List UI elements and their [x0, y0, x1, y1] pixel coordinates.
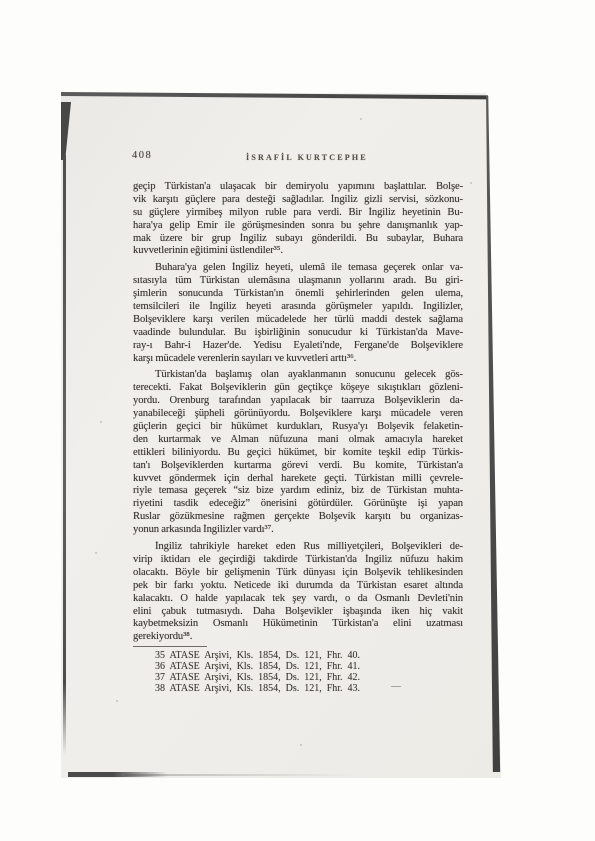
- footnote-separator-rule: [133, 646, 207, 647]
- stray-dash-mark: —: [391, 681, 401, 692]
- text-line: kuvvet göndermek için derhal harekete ge…: [133, 473, 463, 486]
- footnote-item: 35 ATASE Arşivi, Kls. 1854, Ds. 121, Fhr…: [155, 650, 435, 661]
- scan-speck: [100, 421, 102, 423]
- text-line: İngiliz tahrikiyle hareket eden Rus mill…: [133, 541, 463, 554]
- scan-speck: [95, 552, 97, 554]
- text-line: ray-ı Bahr-i Hazer'de. Yedisu Eyaleti'nd…: [133, 340, 463, 353]
- text-line: tan'ı Bolşeviklerden kurtarma görevi ver…: [133, 460, 463, 473]
- text-line: hara'ya gelip Emir ile görüşmesinden son…: [133, 220, 463, 233]
- text-line: su güçlere yirmibeş milyon ruble para ve…: [133, 207, 463, 220]
- paragraph: geçip Türkistan'a ulaşacak bir demiryolu…: [133, 181, 463, 258]
- text-line: vik karşıtı güçlere para desteği sağladı…: [133, 194, 463, 207]
- text-line: yordu. Orenburg tarafından yapılacak bir…: [133, 395, 463, 408]
- page-left-edge-line: [63, 155, 66, 755]
- text-line: kalacaktı. O halde yapılacak tek şey var…: [133, 593, 463, 606]
- paragraph: Türkistan'da başlamış olan ayaklanmanın …: [133, 369, 463, 537]
- scan-speck: [116, 700, 118, 702]
- text-line: yanabileceği şüpheli görünüyordu. Bolşev…: [133, 408, 463, 421]
- text-line: mak üzere bir grup İngiliz subayı gönder…: [133, 233, 463, 246]
- text-line: gerekiyordu³⁸.: [133, 631, 463, 644]
- scanned-book-page: 408 İSRAFİL KURTCEPHE geçip Türkistan'a …: [0, 0, 595, 841]
- text-line: Ruslar gözükmesine rağmen gerçekte Bolşe…: [133, 511, 463, 524]
- scan-speck: [300, 744, 302, 746]
- text-line: pek bir farkı yoktu. Neticede iki durumd…: [133, 580, 463, 593]
- text-line: riyle temasa geçerek “siz bize yardım ed…: [133, 485, 463, 498]
- page-number: 408: [132, 150, 152, 161]
- text-line: riyetini tasdik edeceğiz” önerisini götü…: [133, 498, 463, 511]
- text-line: vaadinde bulundular. Bu işbirliğinin son…: [133, 327, 463, 340]
- text-line: virip iktidarı ele geçirdiği takdirde Tü…: [133, 554, 463, 567]
- text-line: olacaktı. Böyle bir gelişmenin Türk düny…: [133, 567, 463, 580]
- text-line: ettikleri biliniyordu. Bu geçici hükümet…: [133, 447, 463, 460]
- footnote-item: 36 ATASE Arşivi, Kls. 1854, Ds. 121, Fhr…: [155, 661, 435, 672]
- scan-speck: [360, 118, 362, 120]
- paragraph: İngiliz tahrikiyle hareket eden Rus mill…: [133, 541, 463, 644]
- text-line: yonun arkasında İngilizler vardı³⁷.: [133, 524, 463, 537]
- text-line: terecekti. Fakat Bolşeviklerin gün geçti…: [133, 382, 463, 395]
- text-line: Türkistan'da başlamış olan ayaklanmanın …: [133, 369, 463, 382]
- paragraph: Buhara'ya gelen İngiliz heyeti, ulemâ il…: [133, 262, 463, 365]
- body-text-column: geçip Türkistan'a ulaşacak bir demiryolu…: [133, 181, 463, 644]
- text-line: Buhara'ya gelen İngiliz heyeti, ulemâ il…: [133, 262, 463, 275]
- text-line: şimlerin sonucunda Türkistan'ın önemli ş…: [133, 288, 463, 301]
- running-header: İSRAFİL KURTCEPHE: [246, 153, 364, 162]
- page-bottom-edge-faint: [125, 774, 355, 776]
- text-line: güçlerin geçici bir hükümet kurdukları, …: [133, 421, 463, 434]
- text-line: karşı mücadele verenlerin sayıları ve ku…: [133, 353, 463, 366]
- text-line: den kurtarmak ve Alman nüfuzuna mani olm…: [133, 434, 463, 447]
- text-line: elini çabuk tutmasıydı. Daha Bolşevikler…: [133, 606, 463, 619]
- text-line: Bolşeviklere karşı verilen mücadelede he…: [133, 314, 463, 327]
- scan-speck: [470, 182, 472, 184]
- text-line: sıtasıyla tüm Türkistan ulemâsına ulaşma…: [133, 275, 463, 288]
- text-line: geçip Türkistan'a ulaşacak bir demiryolu…: [133, 181, 463, 194]
- text-line: temsilcileri ile İngiliz heyeti arasında…: [133, 301, 463, 314]
- text-line: kaybetmeksizin Osmanlı Hükümetinin Türki…: [133, 618, 463, 631]
- text-line: kuvvetlerinin eğitimini üstlendiler³⁵.: [133, 245, 463, 258]
